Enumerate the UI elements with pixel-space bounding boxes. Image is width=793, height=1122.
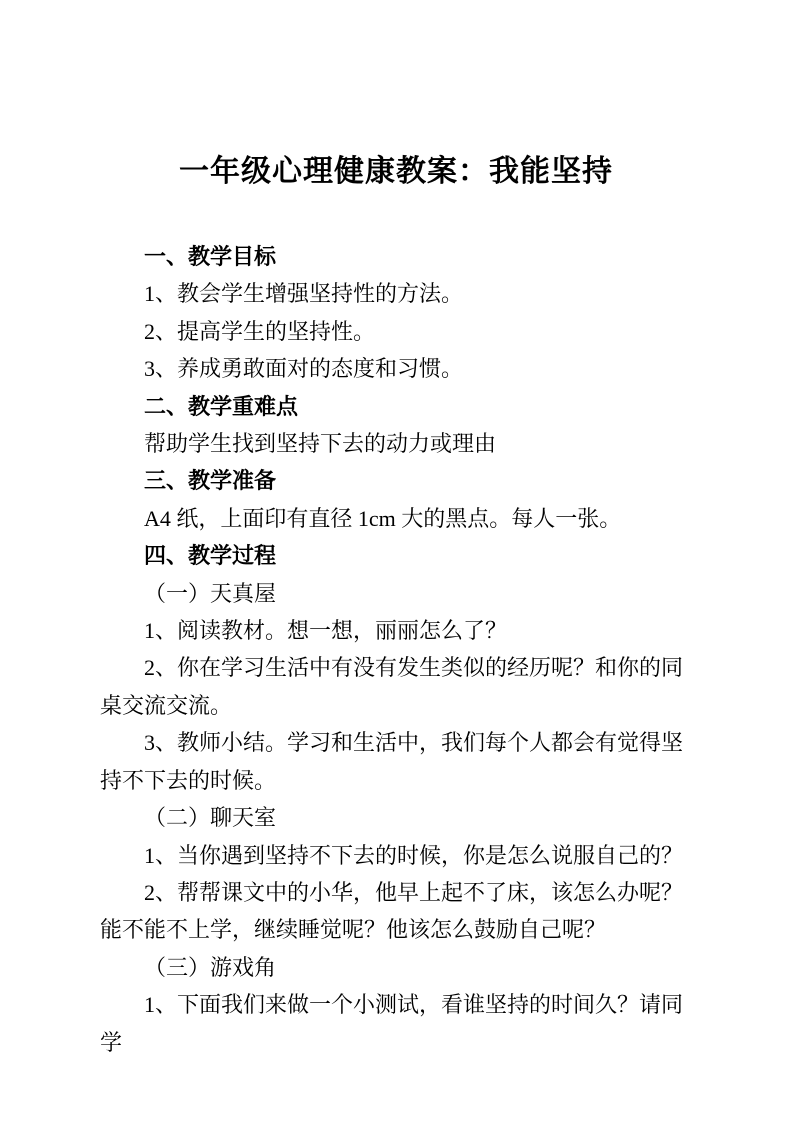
paragraph: 1、当你遇到坚持不下去的时候，你是怎么说服自己的？ [100,837,692,874]
paragraph: （二）聊天室 [100,799,692,836]
section-heading: 四、教学过程 [100,537,692,574]
document-title: 一年级心理健康教案：我能坚持 [100,152,692,192]
paragraph: 2、帮帮课文中的小华，他早上起不了床，该怎么办呢？能不能不上学，继续睡觉呢？他该… [100,874,692,949]
document-page: 一年级心理健康教案：我能坚持 一、教学目标1、教会学生增强坚持性的方法。2、提高… [0,0,793,1122]
paragraph: 1、教会学生增强坚持性的方法。 [100,275,692,312]
section-heading: 二、教学重难点 [100,388,692,425]
paragraph: 帮助学生找到坚持下去的动力或理由 [100,425,692,462]
section-heading: 一、教学目标 [100,238,692,275]
paragraph: 2、提高学生的坚持性。 [100,313,692,350]
paragraph: A4 纸，上面印有直径 1cm 大的黑点。每人一张。 [100,500,692,537]
paragraph: （三）游戏角 [100,949,692,986]
paragraph: （一）天真屋 [100,575,692,612]
paragraph: 3、教师小结。学习和生活中，我们每个人都会有觉得坚持不下去的时候。 [100,724,692,799]
section-heading: 三、教学准备 [100,462,692,499]
document-body: 一、教学目标1、教会学生增强坚持性的方法。2、提高学生的坚持性。3、养成勇敢面对… [100,238,692,1061]
paragraph: 3、养成勇敢面对的态度和习惯。 [100,350,692,387]
paragraph: 1、阅读教材。想一想，丽丽怎么了？ [100,612,692,649]
paragraph: 1、下面我们来做一个小测试，看谁坚持的时间久？请同学 [100,986,692,1061]
paragraph: 2、你在学习生活中有没有发生类似的经历呢？和你的同桌交流交流。 [100,649,692,724]
